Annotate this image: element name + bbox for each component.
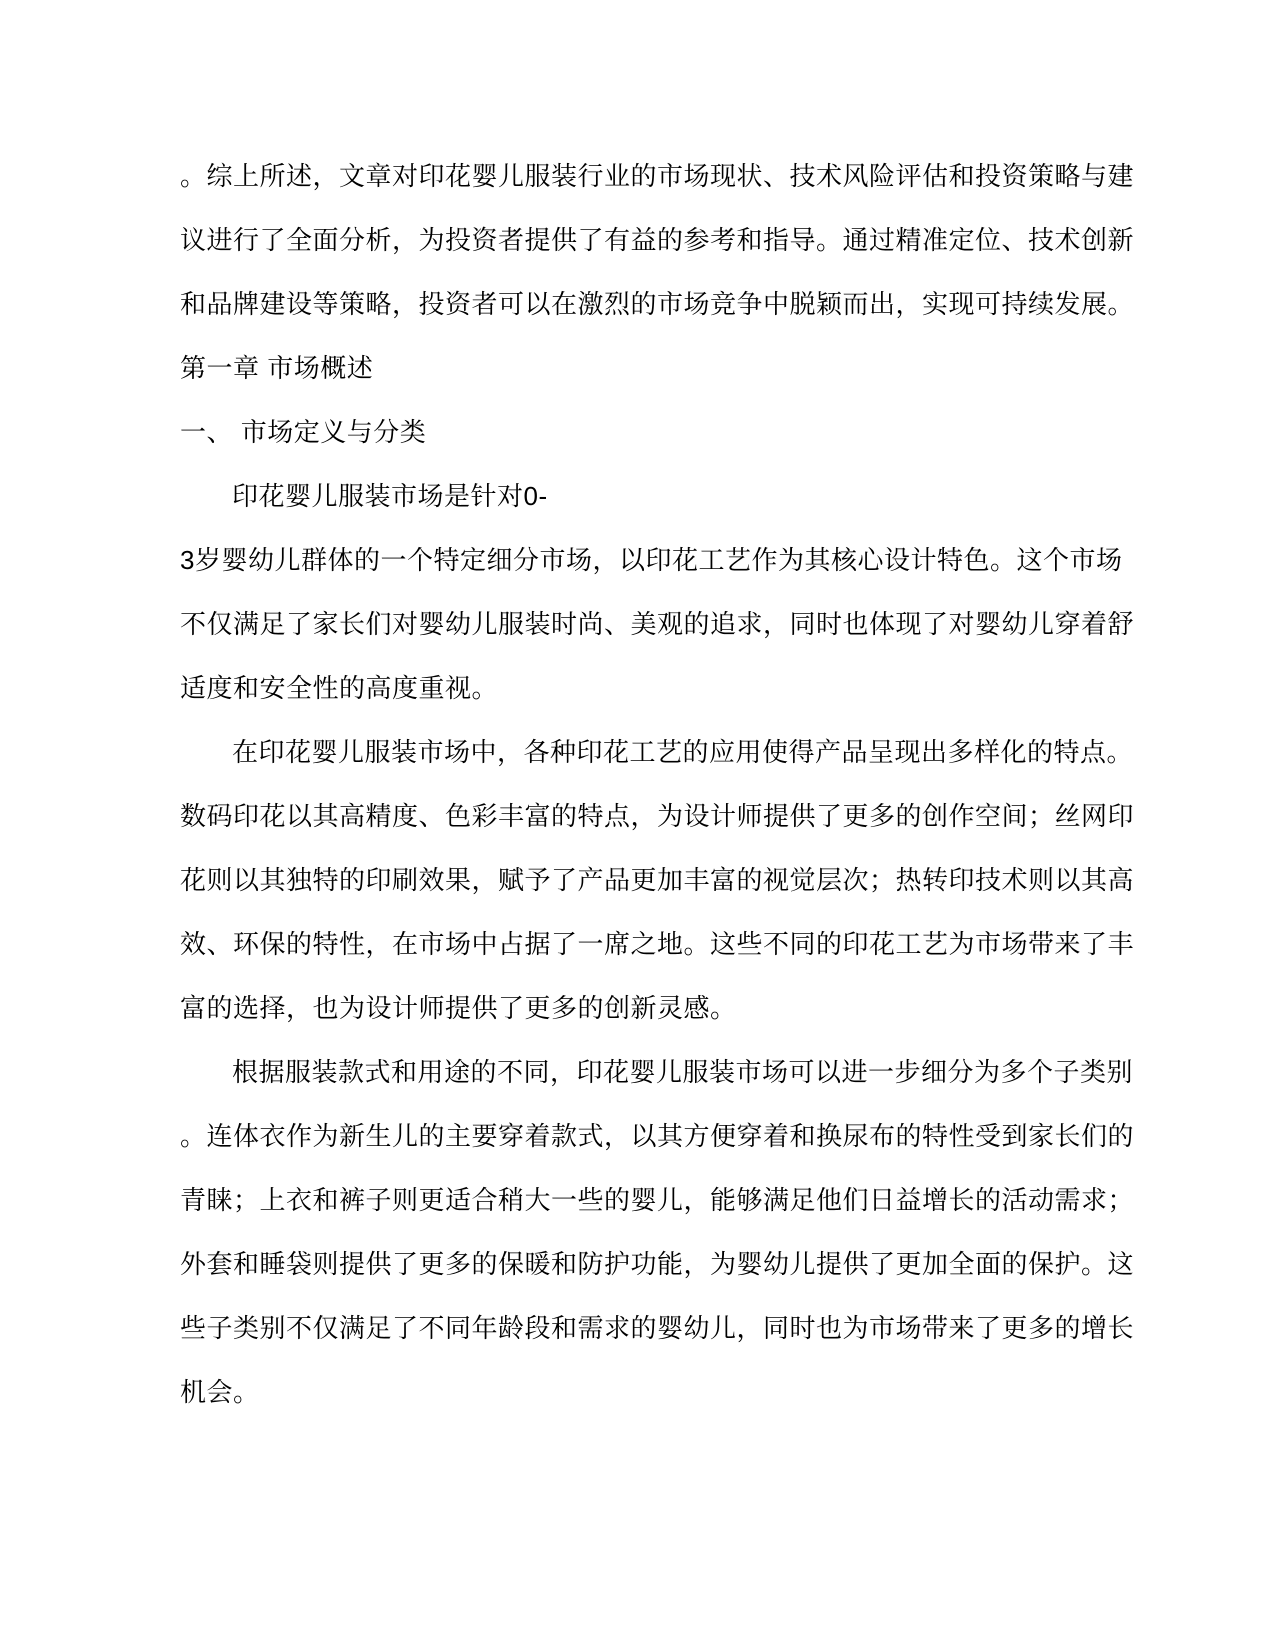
body-text-line: 不仅满足了家长们对婴幼儿服装时尚、美观的追求，同时也体现了对婴幼儿穿着舒	[180, 592, 1140, 656]
body-text-line: 。连体衣作为新生儿的主要穿着款式，以其方便穿着和换尿布的特性受到家长们的	[180, 1104, 1140, 1168]
document-page: 。综上所述，文章对印花婴儿服装行业的市场现状、技术风险评估和投资策略与建议进行了…	[0, 0, 1275, 1650]
body-text-line: 花则以其独特的印刷效果，赋予了产品更加丰富的视觉层次；热转印技术则以其高	[180, 848, 1140, 912]
body-text-line: 议进行了全面分析，为投资者提供了有益的参考和指导。通过精准定位、技术创新	[180, 208, 1140, 272]
body-text-line: 在印花婴儿服装市场中，各种印花工艺的应用使得产品呈现出多样化的特点。	[180, 720, 1140, 784]
body-text-line: 根据服装款式和用途的不同，印花婴儿服装市场可以进一步细分为多个子类别	[180, 1040, 1140, 1104]
body-text-line: 效、环保的特性，在市场中占据了一席之地。这些不同的印花工艺为市场带来了丰	[180, 912, 1140, 976]
body-text-line: 数码印花以其高精度、色彩丰富的特点，为设计师提供了更多的创作空间；丝网印	[180, 784, 1140, 848]
body-text-line: 。综上所述，文章对印花婴儿服装行业的市场现状、技术风险评估和投资策略与建	[180, 144, 1140, 208]
body-text-line: 外套和睡袋则提供了更多的保暖和防护功能，为婴幼儿提供了更加全面的保护。这	[180, 1232, 1140, 1296]
body-text-line: 适度和安全性的高度重视。	[180, 656, 1140, 720]
chapter-heading-line: 第一章 市场概述	[180, 336, 1140, 400]
document-text-content: 。综上所述，文章对印花婴儿服装行业的市场现状、技术风险评估和投资策略与建议进行了…	[180, 144, 1140, 1424]
body-text-line: 些子类别不仅满足了不同年龄段和需求的婴幼儿，同时也为市场带来了更多的增长	[180, 1296, 1140, 1360]
section-heading-line: 一、 市场定义与分类	[180, 400, 1140, 464]
body-text-line: 机会。	[180, 1360, 1140, 1424]
body-text-line: 富的选择，也为设计师提供了更多的创新灵感。	[180, 976, 1140, 1040]
body-text-line: 3岁婴幼儿群体的一个特定细分市场，以印花工艺作为其核心设计特色。这个市场	[180, 528, 1140, 592]
body-text-line: 青睐；上衣和裤子则更适合稍大一些的婴儿，能够满足他们日益增长的活动需求；	[180, 1168, 1140, 1232]
body-text-line: 印花婴儿服装市场是针对0-	[180, 464, 1140, 528]
body-text-line: 和品牌建设等策略，投资者可以在激烈的市场竞争中脱颖而出，实现可持续发展。	[180, 272, 1140, 336]
